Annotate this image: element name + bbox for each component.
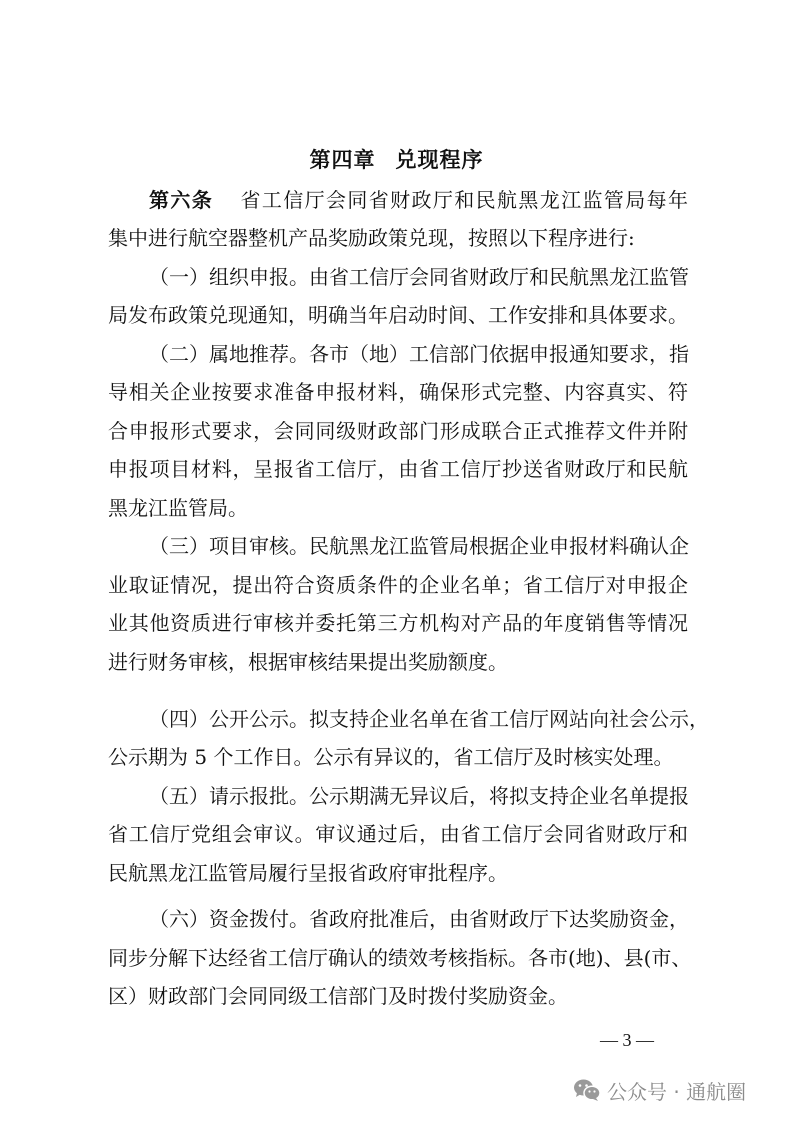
item-line: 导相关企业按要求准备申报材料，确保形式完整、内容真实、符 — [108, 373, 688, 411]
item-line: （五）请示报批。公示期满无异议后，将拟支持企业名单提报 — [149, 777, 688, 815]
item-line: （六）资金拨付。省政府批准后，由省财政厅下达奖励资金， — [149, 900, 688, 938]
item-line: 区）财政部门会同同级工信部门及时拨付奖励资金。 — [108, 977, 688, 1015]
article-text: 省工信厅会同省财政厅和民航黑龙江监管局每年 — [239, 188, 688, 212]
item-line: （二）属地推荐。各市（地）工信部门依据申报通知要求，指 — [149, 335, 688, 373]
item-line: 进行财务审核，根据审核结果提出奖励额度。 — [108, 643, 688, 681]
chapter-number: 第四章 — [310, 148, 376, 172]
item-line: 申报项目材料，呈报省工信厅，由省工信厅抄送省财政厅和民航 — [108, 450, 688, 488]
article-line: 第六条省工信厅会同省财政厅和民航黑龙江监管局每年 — [149, 181, 688, 219]
item-line: 局发布政策兑现通知，明确当年启动时间、工作安排和具体要求。 — [108, 296, 688, 334]
item-line: 公示期为 5 个工作日。公示有异议的，省工信厅及时核实处理。 — [108, 738, 688, 776]
watermark: 公众号 · 通航圈 — [573, 1075, 746, 1105]
wechat-icon — [573, 1078, 601, 1102]
article-label: 第六条 — [149, 188, 213, 212]
page-number: — 3 — — [600, 1028, 654, 1052]
item-label: （四）公开公示。 — [149, 707, 309, 731]
article-line: 集中进行航空器整机产品奖励政策兑现，按照以下程序进行: — [108, 219, 688, 257]
item-line: 业其他资质进行审核并委托第三方机构对产品的年度销售等情况 — [108, 604, 688, 642]
item-line: 黑龙江监管局。 — [108, 489, 688, 527]
chapter-title: 第四章兑现程序 — [0, 144, 793, 176]
item-line: （三）项目审核。民航黑龙江监管局根据企业申报材料确认企 — [149, 527, 688, 565]
document-page: 第四章兑现程序 第六条省工信厅会同省财政厅和民航黑龙江监管局每年 集中进行航空器… — [0, 0, 793, 1122]
item-label: （二）属地推荐。 — [149, 342, 309, 366]
item-line: 业取证情况，提出符合资质条件的企业名单；省工信厅对申报企 — [108, 566, 688, 604]
chapter-name: 兑现程序 — [396, 148, 484, 172]
item-line: 合申报形式要求，会同同级财政部门形成联合正式推荐文件并附 — [108, 412, 688, 450]
item-label: （六）资金拨付。 — [149, 907, 309, 931]
watermark-text: 公众号 · 通航圈 — [607, 1076, 746, 1105]
item-line: 省工信厅党组会审议。审议通过后，由省工信厅会同省财政厅和 — [108, 815, 688, 853]
item-label: （五）请示报批。 — [149, 784, 309, 808]
item-line: 同步分解下达经省工信厅确认的绩效考核指标。各市(地)、县(市、 — [108, 939, 688, 977]
item-line: （四）公开公示。拟支持企业名单在省工信厅网站向社会公示， — [149, 700, 688, 738]
item-label: （一）组织申报。 — [149, 265, 309, 289]
item-label: （三）项目审核。 — [149, 534, 309, 558]
item-line: 民航黑龙江监管局履行呈报省政府审批程序。 — [108, 854, 688, 892]
item-line: （一）组织申报。由省工信厅会同省财政厅和民航黑龙江监管 — [149, 258, 688, 296]
